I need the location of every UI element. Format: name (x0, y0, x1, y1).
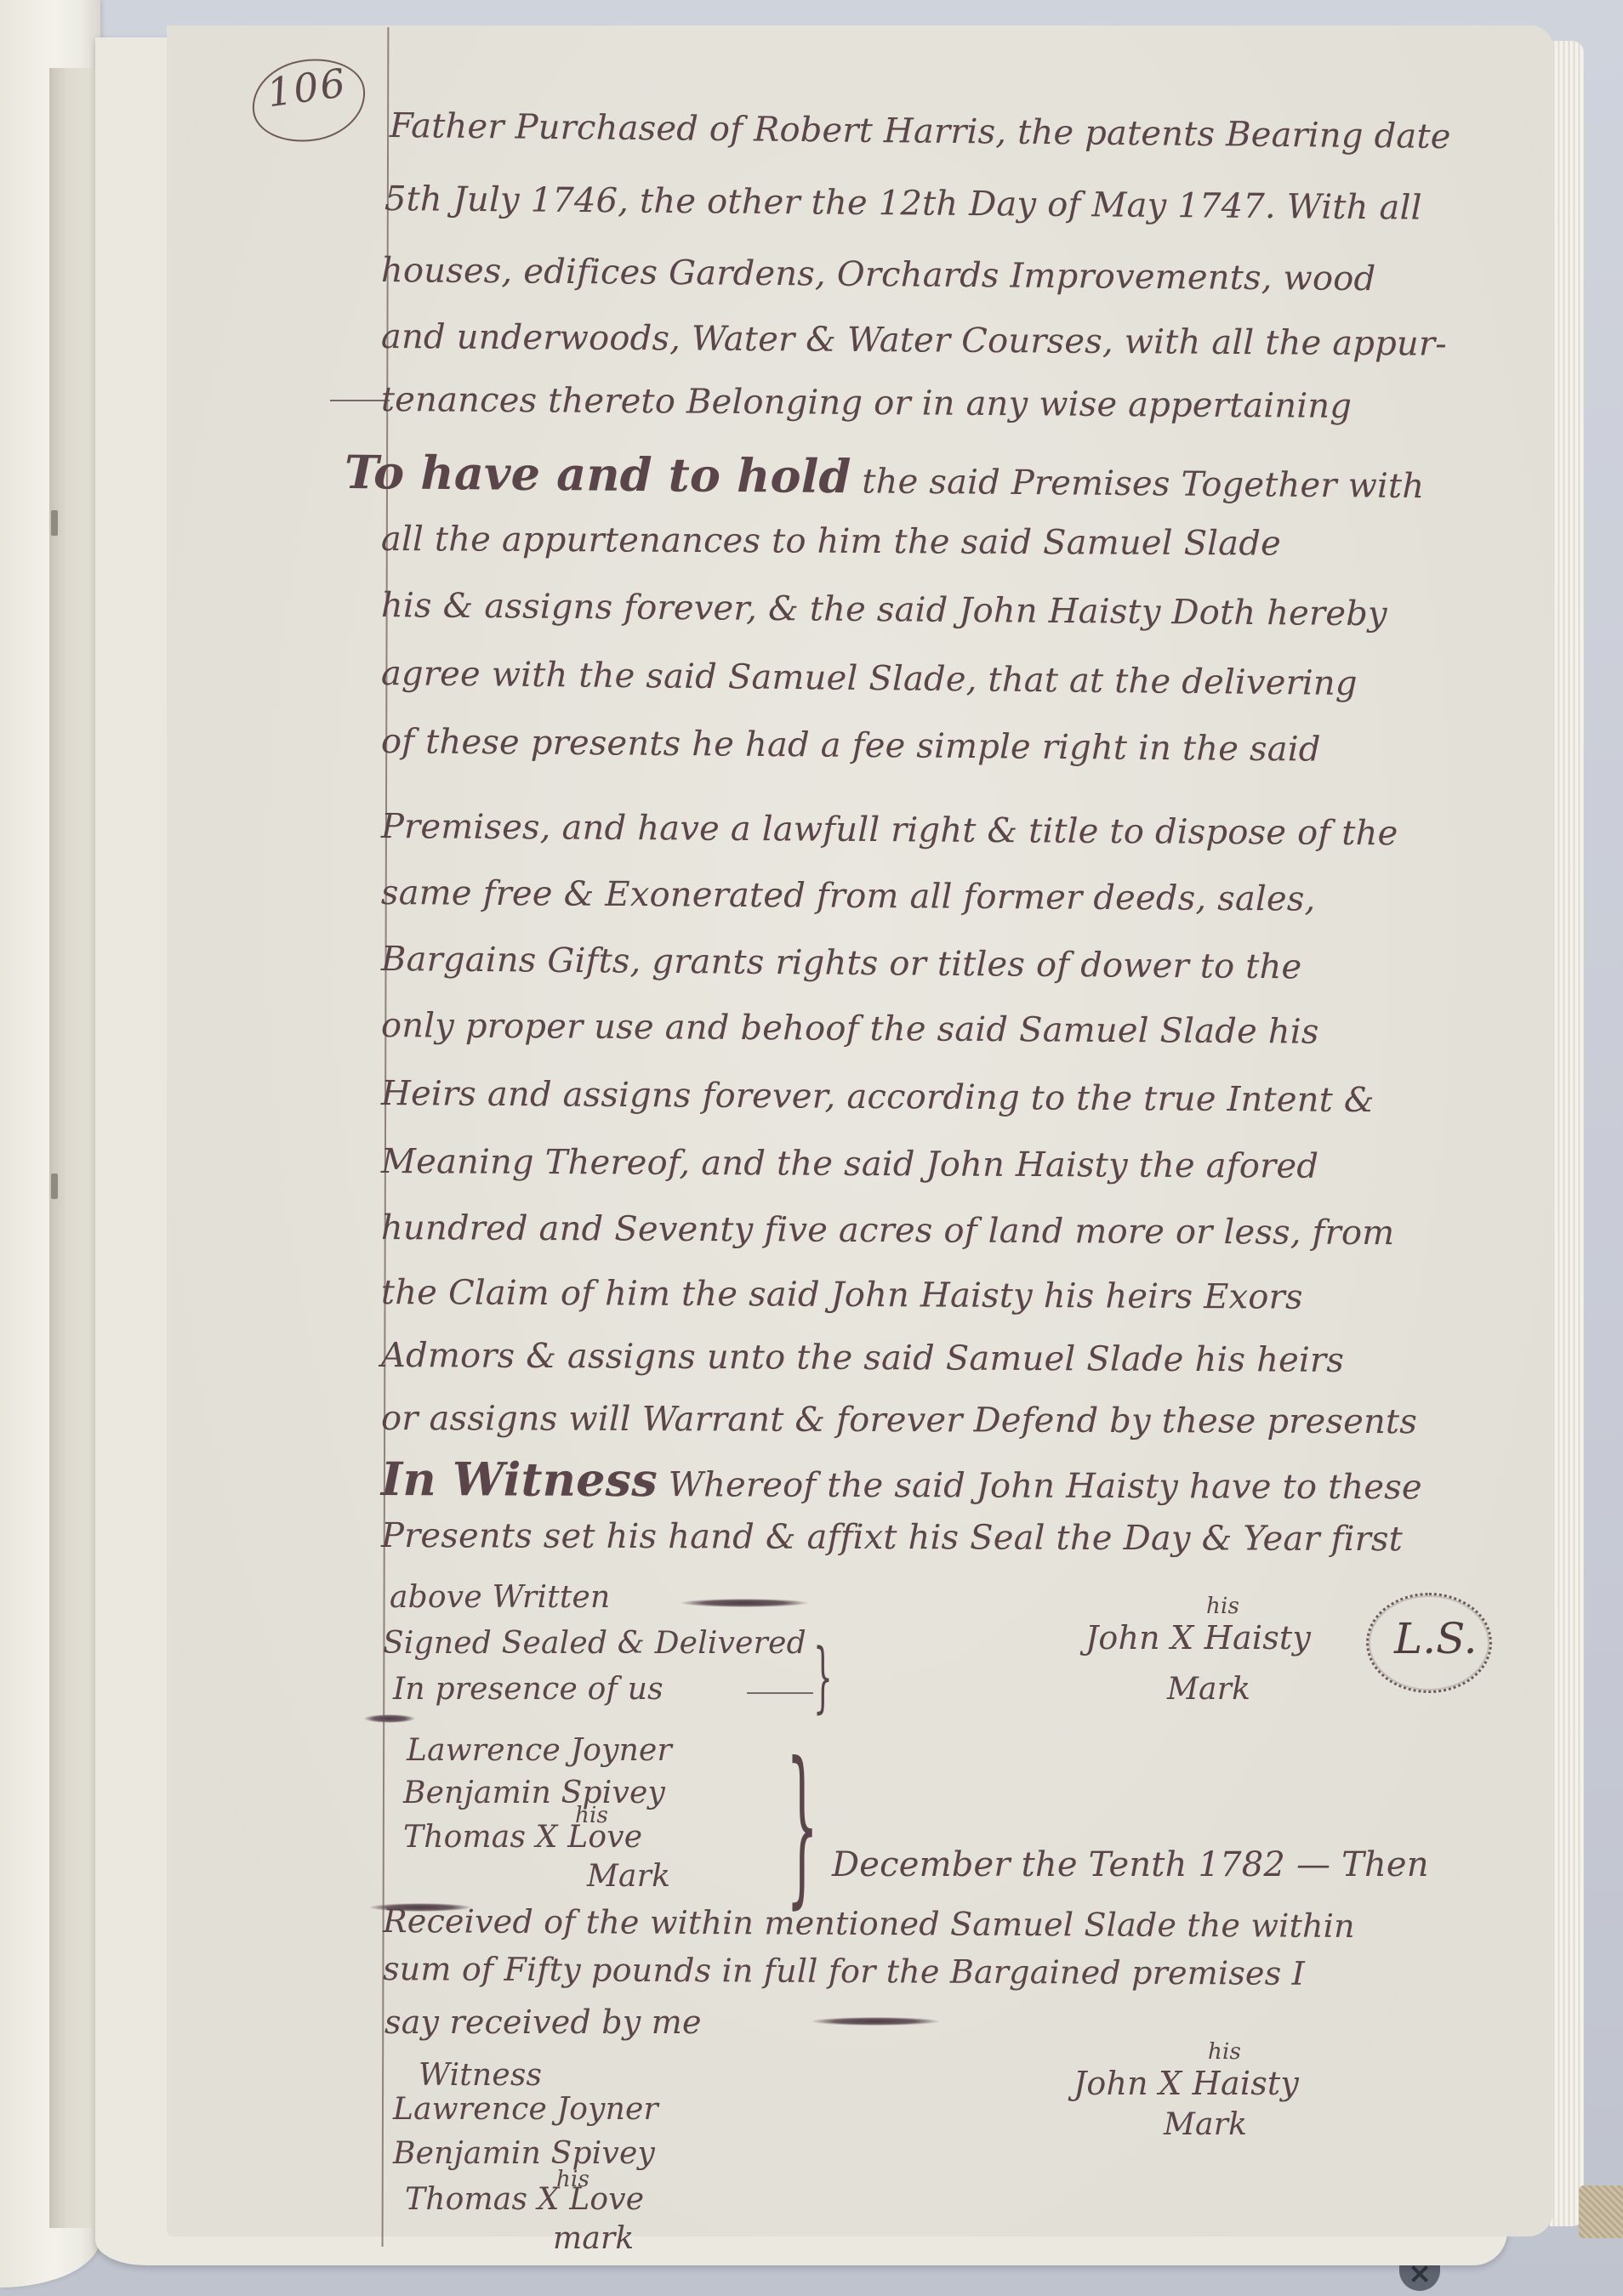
body-line: same free & Exonerated from all former d… (381, 876, 1316, 917)
witness-name: Lawrence Joyner (393, 2092, 658, 2127)
ink-flourish (364, 1714, 415, 1723)
binding-clip-icon (51, 1174, 58, 1199)
ink-flourish (681, 1599, 808, 1607)
signature-his: his (1208, 2039, 1241, 2065)
witness-name: Benjamin Spivey (393, 2136, 655, 2171)
binding-gutter (49, 68, 99, 2228)
body-line: Bargains Gifts, grants rights or titles … (381, 942, 1302, 984)
body-line: Premises, and have a lawfull right & tit… (381, 810, 1398, 850)
witness-mark-name: Thomas X Love (405, 2182, 644, 2217)
body-line: houses, edifices Gardens, Orchards Impro… (381, 253, 1376, 296)
receipt-line: Received of the within mentioned Samuel … (383, 1902, 1355, 1945)
receipt-line: sum of Fifty pounds in full for the Barg… (383, 1950, 1305, 1992)
signature-mark: Mark (1164, 2107, 1247, 2142)
witness-mark: Mark (587, 1859, 670, 1894)
seal-icon: L.S. (1366, 1593, 1492, 1693)
to-have-heading: To have and to hold (345, 445, 851, 503)
page-stack-edge (1550, 41, 1584, 2226)
body-line: 5th July 1746, the other the 12th Day of… (384, 182, 1422, 225)
in-witness-heading: In Witness (381, 1452, 658, 1507)
witness-name: Benjamin Spivey (403, 1776, 665, 1810)
body-line: all the appurtenances to him the said Sa… (381, 522, 1281, 561)
body-line: only proper use and behoof the said Samu… (381, 1009, 1319, 1049)
witness-mark-name: Thomas X Love (403, 1820, 642, 1855)
witness-mark: mark (553, 2221, 634, 2256)
body-line: hundred and Seventy five acres of land m… (381, 1211, 1395, 1250)
page-number: 106 (265, 60, 350, 117)
attestation-line: above Written (390, 1580, 610, 1615)
body-line: Heirs and assigns forever, according to … (381, 1077, 1375, 1117)
brace-glyph: } (786, 1726, 818, 1924)
ink-flourish (811, 2017, 939, 2026)
signature-mark: Mark (1167, 1672, 1250, 1707)
body-line: or assigns will Warrant & forever Defend… (381, 1401, 1417, 1439)
line-dash (747, 1692, 813, 1694)
witness-label: Witness (419, 2058, 542, 2093)
attestation-line: In presence of us (393, 1672, 663, 1707)
book-cover-corner (1579, 2185, 1623, 2238)
body-line-emphasis: In Witness Whereof the said John Haisty … (381, 1456, 1422, 1505)
signature-name: John X Haisty (1073, 2065, 1299, 2102)
body-line: his & assigns forever, & the said John H… (381, 588, 1387, 631)
body-line-emphasis: To have and to hold the said Premises To… (345, 449, 1425, 504)
body-line: the Claim of him the said John Haisty hi… (381, 1276, 1303, 1315)
body-line: agree with the said Samuel Slade, that a… (381, 656, 1358, 701)
body-line: and underwoods, Water & Water Courses, w… (381, 320, 1447, 361)
brace-glyph: } (813, 1633, 833, 1722)
attestation-line: Signed Sealed & Delivered (383, 1626, 806, 1661)
receipt-line: say received by me (384, 2003, 702, 2041)
binding-clip-icon (51, 510, 58, 536)
seal-label: L.S. (1394, 1614, 1477, 1663)
body-line: tenances thereto Belonging or in any wis… (381, 383, 1352, 423)
witness-name: Lawrence Joyner (407, 1733, 672, 1768)
body-line: Meaning Thereof, and the said John Haist… (381, 1145, 1318, 1184)
body-line: of these presents he had a fee simple ri… (381, 725, 1321, 767)
body-line: Presents set his hand & affixt his Seal … (381, 1519, 1403, 1556)
body-line: Admors & assigns unto the said Samuel Sl… (381, 1338, 1344, 1378)
signature-name: John X Haisty (1085, 1619, 1311, 1657)
receipt-date-line: December the Tenth 1782 — Then (832, 1845, 1429, 1884)
signature-his: his (1206, 1594, 1239, 1619)
